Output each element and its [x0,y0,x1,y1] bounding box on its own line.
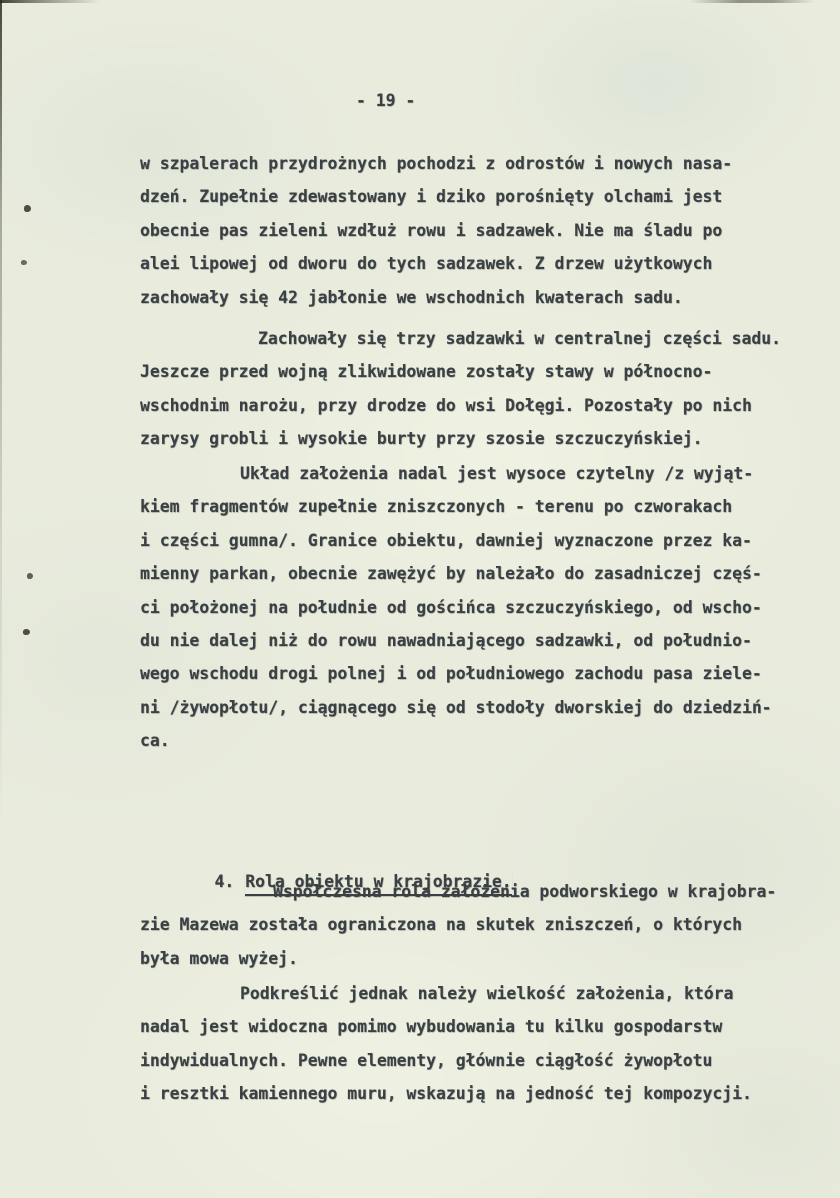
scan-edge-left [0,0,2,1198]
paragraph-contemporary-role: Współczesna rola założenia podworskiego … [140,875,776,975]
ink-speck [27,573,33,579]
scanned-document-page: - 19 - w szpalerach przydrożnych pochodz… [0,0,840,1198]
page-number: - 19 - [356,84,415,117]
ink-speck [24,205,31,212]
paragraph-size-emphasis: Podkreślić jednak należy wielkość założe… [140,977,752,1111]
paragraph-three-ponds: Zachowały się trzy sadzawki w centralnej… [140,322,781,456]
paragraph-roadside-rows: w szpalerach przydrożnych pochodzi z odr… [140,147,732,314]
paragraph-layout-boundaries: Układ założenia nadal jest wysoce czytel… [140,457,772,758]
ink-speck [21,260,27,265]
ink-speck [23,629,30,635]
scan-edge-top [0,0,840,3]
